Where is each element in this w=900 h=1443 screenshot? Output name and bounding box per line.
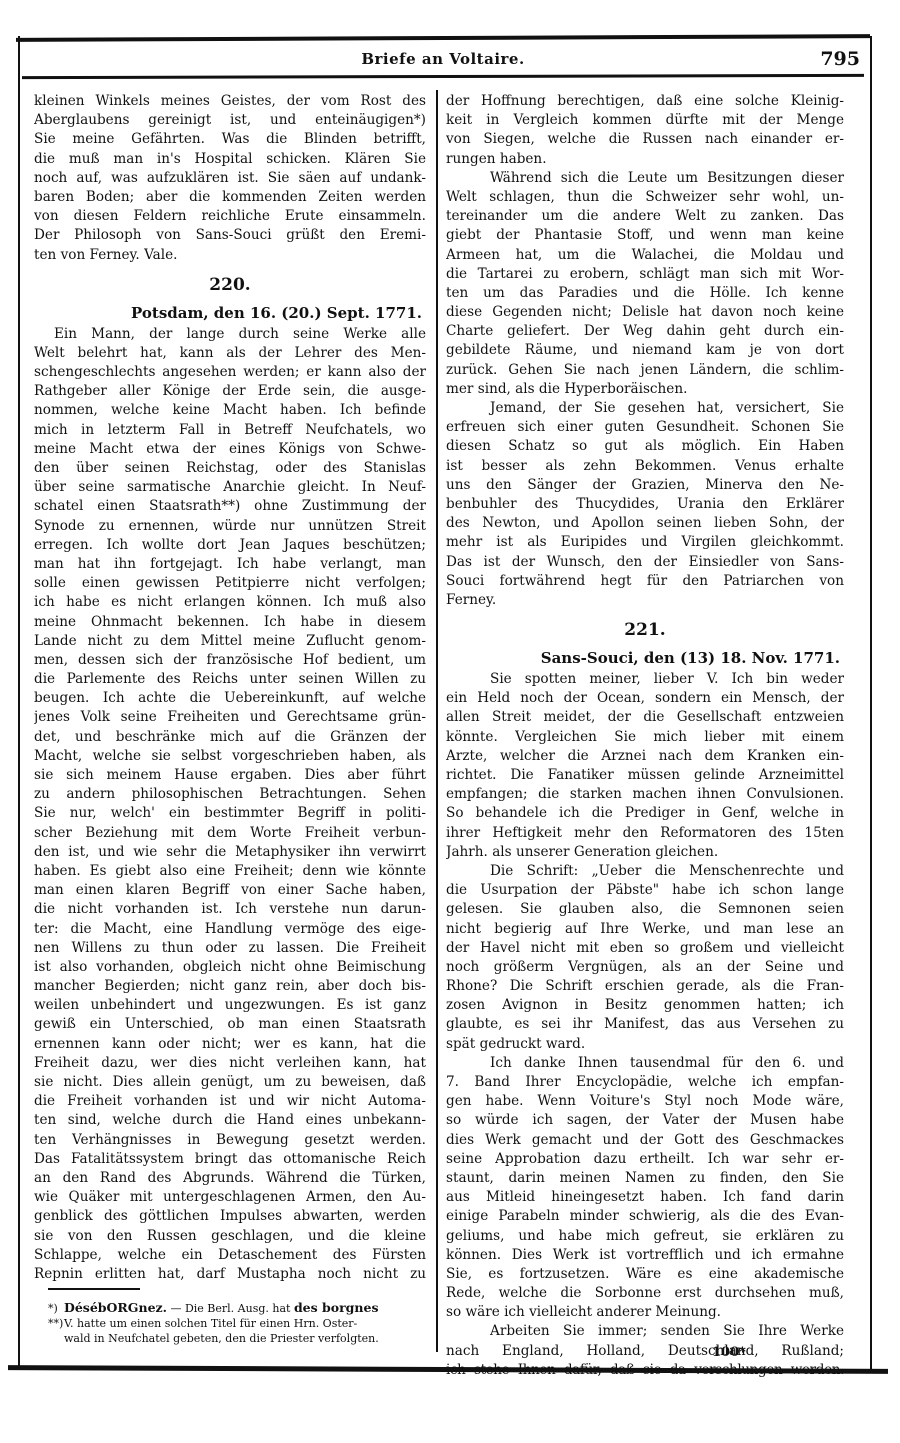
text-line: Sie meine Gefährten. Was die Blinden bet…	[34, 130, 426, 149]
text-line: haben. Es giebt also eine Freiheit; denn…	[34, 862, 426, 881]
text-line: ist besser als zehn Bekommen. Venus erha…	[446, 457, 844, 476]
text-line: ten um das Paradies und die Hölle. Ich k…	[446, 284, 844, 303]
text-line: ein Held noch der Ocean, sondern ein Men…	[446, 689, 844, 708]
text-line: nommen, welche keine Macht haben. Ich be…	[34, 401, 426, 420]
letter-dateline: Potsdam, den 16. (20.) Sept. 1771.	[34, 301, 426, 325]
text-line: Welt schlagen, thun die Schweizer sehr w…	[446, 188, 844, 207]
text-line: Arbeiten Sie immer; senden Sie Ihre Werk…	[446, 1322, 844, 1341]
text-line: glaubte, es sei ihr Manifest, das aus Ve…	[446, 1015, 844, 1034]
text-line: des Newton, und Apollon seinen lieben So…	[446, 514, 844, 533]
text-line: ten von Ferney. Vale.	[34, 246, 426, 265]
text-line: uns den Sänger der Grazien, Minerva den …	[446, 476, 844, 495]
text-line: Jahrh. als unserer Generation gleichen.	[446, 843, 844, 862]
text-line: gewiß ein Unterschied, ob man einen Staa…	[34, 1015, 426, 1034]
text-line: Der Philosoph von Sans-Souci grüßt den E…	[34, 226, 426, 245]
text-line: man hat ihn fortgejagt. Ich habe verlang…	[34, 555, 426, 574]
text-line: allen Streit meidet, der die Gesellschaf…	[446, 708, 844, 727]
text-line: Die Schrift: „Ueber die Menschenrechte u…	[446, 862, 844, 881]
text-line: von Siegen, welche die Russen nach einan…	[446, 130, 844, 149]
text-line: genblick des göttlichen Impulses abwarte…	[34, 1207, 426, 1226]
text-line: staunt, darin meinen Namen zu finden, de…	[446, 1169, 844, 1188]
footnote-rule	[48, 1288, 140, 1290]
paragraph: Sie spotten meiner, lieber V. Ich bin we…	[446, 670, 844, 862]
column-divider	[436, 90, 438, 1352]
sheet-signature: 100*	[712, 1345, 746, 1360]
text-line: Charte geliefert. Der Weg dahin geht dur…	[446, 322, 844, 341]
text-line: sie nicht. Dies allein genügt, um zu bew…	[34, 1073, 426, 1092]
text-line: spät gedruckt ward.	[446, 1035, 844, 1054]
text-line: rungen haben.	[446, 150, 844, 169]
text-line: ter: die Macht, eine Handlung vermöge de…	[34, 920, 426, 939]
text-line: noch auf, was aufzuklären ist. Sie säen …	[34, 169, 426, 188]
footnote: *)DésébORGnez. — Die Berl. Ausg. hat des…	[48, 1300, 438, 1316]
text-line: Sie nur, welch' ein bestimmter Begriff i…	[34, 804, 426, 823]
footnote: wald in Neufchatel gebeten, den die Prie…	[48, 1331, 438, 1346]
text-line: Arzte, welcher die Arznei nach dem Krank…	[446, 747, 844, 766]
text-line: Rede, welche die Sorbonne erst durchsehe…	[446, 1284, 844, 1303]
text-line: nen Willens zu thun oder zu lassen. Die …	[34, 939, 426, 958]
continuation-text: der Hoffnung berechtigen, daß eine solch…	[446, 92, 844, 169]
footnote: **)V. hatte um einen solchen Titel für e…	[48, 1316, 438, 1331]
text-line: der Hoffnung berechtigen, daß eine solch…	[446, 92, 844, 111]
text-line: sie sich meinem Hause ergaben. Dies aber…	[34, 766, 426, 785]
text-line: Aberglaubens gereinigt ist, und enteinäu…	[34, 111, 426, 130]
text-line: so würde ich sagen, der Vater der Musen …	[446, 1111, 844, 1130]
text-line: noch größerm Vergnügen, als an der Seine…	[446, 958, 844, 977]
text-line: weilen unbehindert und ungezwungen. Es i…	[34, 996, 426, 1015]
text-line: mehr ist als Euripides und Virgilen glei…	[446, 533, 844, 552]
paragraph: Jemand, der Sie gesehen hat, versichert,…	[446, 399, 844, 610]
text-line: Repnin erlitten hat, darf Mustapha noch …	[34, 1265, 426, 1284]
text-line: können. Dies Werk ist vortrefflich und i…	[446, 1246, 844, 1265]
left-column: kleinen Winkels meines Geistes, der vom …	[34, 92, 426, 1284]
text-line: gebildete Räume, und niemand kam je von …	[446, 341, 844, 360]
text-line: man einen klaren Begriff von einer Sache…	[34, 881, 426, 900]
text-line: meine Ohnmacht bekennen. Ich habe in die…	[34, 613, 426, 632]
footnotes: *)DésébORGnez. — Die Berl. Ausg. hat des…	[48, 1300, 438, 1346]
text-line: die nicht vorhanden ist. Ich verstehe nu…	[34, 900, 426, 919]
text-line: zu andern philosophischen Betrachtungen.…	[34, 785, 426, 804]
text-line: mancher Begierden; nicht ganz rein, aber…	[34, 977, 426, 996]
text-line: Synode zu ernennen, würde nur unnützen S…	[34, 517, 426, 536]
text-line: der Havel nicht mit eben so großem und v…	[446, 939, 844, 958]
letter-number: 220.	[34, 273, 426, 297]
text-line: aus Mitleid hineingesetzt haben. Ich fan…	[446, 1188, 844, 1207]
text-line: Ferney.	[446, 591, 844, 610]
text-line: so wäre ich vielleicht anderer Meinung.	[446, 1303, 844, 1322]
text-line: zosen Avignon in Besitz genommen hatten;…	[446, 996, 844, 1015]
text-line: die Freiheit vorhanden ist und wir nicht…	[34, 1092, 426, 1111]
text-line: diesen Schatz so gut als möglich. Ein Ha…	[446, 437, 844, 456]
footnote-text: V. hatte um einen solchen Titel für eine…	[64, 1317, 357, 1330]
text-line: baren Boden; aber die kommenden Zeiten w…	[34, 188, 426, 207]
text-line: mich in letzterm Fall in Betreff Neufcha…	[34, 421, 426, 440]
text-line: Während sich die Leute um Besitzungen di…	[446, 169, 844, 188]
text-line: solle einen gewissen Petitpierre nicht v…	[34, 574, 426, 593]
text-line: den ist, und wie sehr die Metaphysiker i…	[34, 843, 426, 862]
text-line: mer sind, als die Hyperboräischen.	[446, 380, 844, 399]
letter-body: Ein Mann, der lange durch seine Werke al…	[34, 325, 426, 1284]
text-line: schatel einen Staatsrath**) ohne Zustimm…	[34, 497, 426, 516]
text-line: Armeen hat, um die Walachei, die Moldau …	[446, 246, 844, 265]
text-line: jenes Volk seine Freiheiten und Gerechts…	[34, 708, 426, 727]
text-line: die muß man in's Hospital schicken. Klär…	[34, 150, 426, 169]
page-number: 795	[820, 48, 860, 70]
text-line: ist also vorhanden, obgleich nicht ohne …	[34, 958, 426, 977]
paragraph: Ich danke Ihnen tausendmal für den 6. un…	[446, 1054, 844, 1323]
text-line: gen habe. Wenn Voiture's Styl noch Mode …	[446, 1092, 844, 1111]
text-line: Rathgeber aller Könige der Erde sein, di…	[34, 382, 426, 401]
text-line: richtet. Die Fanatiker müssen gelinde Ar…	[446, 766, 844, 785]
footnote-mark: **)	[48, 1316, 64, 1331]
text-line: Jemand, der Sie gesehen hat, versichert,…	[446, 399, 844, 418]
text-line: diese Gegenden nicht; Delisle hat davon …	[446, 303, 844, 322]
text-line: Souci fortwährend hegt für den Patriarch…	[446, 572, 844, 591]
text-line: geliums, und habe mich gefreut, sie erkl…	[446, 1227, 844, 1246]
text-line: benbuhler des Thucydides, Urania den Erk…	[446, 495, 844, 514]
text-line: zurück. Gehen Sie nach jenen Ländern, di…	[446, 361, 844, 380]
paragraph: Die Schrift: „Ueber die Menschenrechte u…	[446, 862, 844, 1054]
text-line: keit in Vergleich kommen dürfte mit der …	[446, 111, 844, 130]
text-line: ihrer Heftigkeit mehr den Reformatoren d…	[446, 824, 844, 843]
footnote-lead: DésébORGnez.	[64, 1300, 167, 1315]
text-line: Welt belehrt hat, kann als der Lehrer de…	[34, 344, 426, 363]
text-line: Das ist der Wunsch, den der Einsiedler v…	[446, 553, 844, 572]
text-line: einige Parabeln minder schwierig, als di…	[446, 1207, 844, 1226]
running-head: Briefe an Voltaire. 795	[20, 48, 866, 72]
text-line: ten sind, welche durch die Hand eines un…	[34, 1111, 426, 1130]
text-line: Sie, es fortzusetzen. Wäre es eine akade…	[446, 1265, 844, 1284]
footnote-mark: *)	[48, 1301, 64, 1316]
text-line: tereinander um die andere Welt zu zanken…	[446, 207, 844, 226]
text-line: Ich danke Ihnen tausendmal für den 6. un…	[446, 1054, 844, 1073]
text-line: kleinen Winkels meines Geistes, der vom …	[34, 92, 426, 111]
text-line: die Usurpation der Päbste" habe ich scho…	[446, 881, 844, 900]
text-line: ten Verhängnisses in Bewegung gesetzt we…	[34, 1131, 426, 1150]
text-line: könnte. Vergleichen Sie mich lieber mit …	[446, 728, 844, 747]
text-line: Das Fatalitätssystem bringt das ottomani…	[34, 1150, 426, 1169]
text-line: giebt der Phantasie Stoff, und wenn man …	[446, 226, 844, 245]
text-line: meine Macht etwa der eines Königs von Sc…	[34, 440, 426, 459]
text-line: die Parlemente des Reichs unter seinen W…	[34, 670, 426, 689]
text-line: an den Rand des Abgrunds. Während die Tü…	[34, 1169, 426, 1188]
text-line: 7. Band Ihrer Encyclopädie, welche ich e…	[446, 1073, 844, 1092]
text-line: Schlappe, welche ein Detaschement des Fü…	[34, 1246, 426, 1265]
text-line: ernennen kann oder nicht; wer es kann, h…	[34, 1035, 426, 1054]
text-line: erfreuen sich einer guten Gesundheit. Sc…	[446, 418, 844, 437]
text-line: Macht, welche sie selbst vorgeschrieben …	[34, 747, 426, 766]
right-column: der Hoffnung berechtigen, daß eine solch…	[446, 92, 844, 1380]
continuation-text: kleinen Winkels meines Geistes, der vom …	[34, 92, 426, 265]
footnote-text: — Die Berl. Ausg. hat	[167, 1302, 294, 1315]
text-line: den über seinen Reichstag, oder des Stan…	[34, 459, 426, 478]
text-line: scher Beziehung mit dem Worte Freiheit v…	[34, 824, 426, 843]
text-line: Lande nicht zu dem Mittel meine Zuflucht…	[34, 632, 426, 651]
text-line: ich habe es nicht erlangen können. Ich m…	[34, 593, 426, 612]
text-line: empfangen; die starken machen ihnen Conv…	[446, 785, 844, 804]
running-title: Briefe an Voltaire.	[20, 50, 866, 68]
letter-dateline: Sans-Souci, den (13) 18. Nov. 1771.	[446, 646, 844, 670]
text-line: sie von den Russen geschlagen, und die k…	[34, 1227, 426, 1246]
letter-number: 221.	[446, 618, 844, 642]
text-line: Sie spotten meiner, lieber V. Ich bin we…	[446, 670, 844, 689]
text-line: beugen. Ich achte die Uebereinkunft, auf…	[34, 689, 426, 708]
text-line: Rhone? Die Schrift erschien gerade, als …	[446, 977, 844, 996]
text-line: Freiheit dazu, wer dies nicht verleihen …	[34, 1054, 426, 1073]
paragraph: Während sich die Leute um Besitzungen di…	[446, 169, 844, 399]
text-line: gelesen. Sie glauben also, die Semnonen …	[446, 900, 844, 919]
text-line: dies Werk gemacht und der Gott des Gesch…	[446, 1131, 844, 1150]
footnote-text: wald in Neufchatel gebeten, den die Prie…	[64, 1332, 379, 1345]
text-line: wie Quäker mit untergeschlagenen Armen, …	[34, 1188, 426, 1207]
text-line: So behandele ich die Prediger in Genf, w…	[446, 804, 844, 823]
text-line: Ein Mann, der lange durch seine Werke al…	[34, 325, 426, 344]
text-line: erregen. Ich wollte dort Jean Jaques bes…	[34, 536, 426, 555]
text-line: von diesen Feldern reichliche Erute eins…	[34, 207, 426, 226]
footnote-tail: des borgnes	[294, 1300, 379, 1315]
text-line: seine Approbation dazu ertheilt. Ich war…	[446, 1150, 844, 1169]
text-line: det, und beschränke mich auf die Gränzen…	[34, 728, 426, 747]
text-line: die Tartarei zu erobern, schlägt man sic…	[446, 265, 844, 284]
text-line: men, dessen sich der französische Hof be…	[34, 651, 426, 670]
text-line: schengeschlechts angesehen werden; er ka…	[34, 363, 426, 382]
text-line: nicht begierig auf Ihre Werke, und man l…	[446, 920, 844, 939]
text-line: über seine sarmatische Anarchie gleicht.…	[34, 478, 426, 497]
text-line: nach England, Holland, Deutschland, Rußl…	[446, 1342, 844, 1361]
